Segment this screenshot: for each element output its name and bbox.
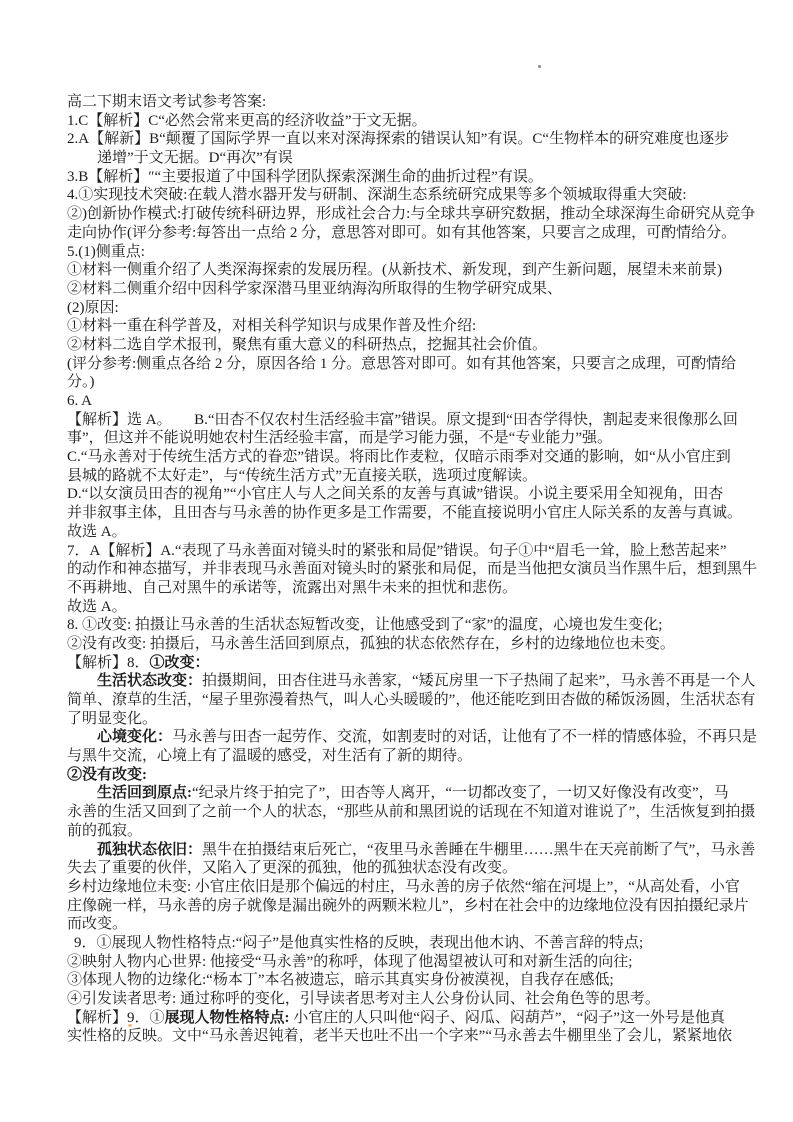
body-text: ②没有改变: 拍摄后，马永善生活回到原点，孤独的状态依然存在，乡村的边缘地位也未… [67, 636, 675, 652]
body-text: ②材料二侧重介绍中因科学家深潜马里亚纳海沟所取得的生物学研究成果、 [67, 281, 562, 297]
text-line: 生活回到原点:“纪录片终于拍完了”，田杏等人离开，“一切都改变了，一切又好像没有… [67, 784, 737, 803]
text-line: 生活状态改变：拍摄期间，田杏住进马永善家，“矮瓦房里一下子热闹了起来”，马永善不… [67, 672, 737, 691]
body-text: 5.(1)侧重点: [67, 244, 145, 260]
text-line: 庄像碗一样，马永善的房子就像是漏出碗外的两颗米粒儿”，乡村在社会中的边缘地位没有… [67, 897, 737, 916]
text-line: 的动作和神态描写，并非表现马永善面对镜头时的紧张和局促，而是当他把女演员当作黑牛… [67, 560, 737, 579]
body-text: ④引发读者思考: 通过称呼的变化，引导读者思考对主人公身份认同、社会角色等的思考… [67, 991, 660, 1007]
body-text: ①材料一重在科学普及，对相关科学知识与成果作普及性介绍: [67, 318, 476, 334]
document-page: 高二下期末语文考试参考答案:1.C【解析】C“必然会常来更高的经济收益”于文无据… [0, 0, 793, 1122]
text-line: 3.B【解析】″“主要报道了中国科学团队探索深渊生命的曲折过程”有误。 [67, 168, 737, 187]
body-text: (2)原因: [67, 300, 119, 316]
text-line: 前的孤寂。 [67, 822, 737, 841]
document-body: 高二下期末语文考试参考答案:1.C【解析】C“必然会常来更高的经济收益”于文无据… [67, 93, 737, 1046]
body-text: 2.A【解新】B“颠覆了国际学界一直以来对深海探索的错误认知”有误。C“生物样本… [67, 131, 729, 147]
text-line: 永善的生活又回到了之前一个人的状态，“那些从前和黑团说的话现在不知道对谁说了”，… [67, 803, 737, 822]
body-text: 不再耕地、自己对黑牛的承诺等，流露出对黑牛未来的担忧和悲伤。 [67, 580, 517, 596]
text-line: ①材料一重在科学普及，对相关科学知识与成果作普及性介绍: [67, 317, 737, 336]
body-text: 简单、潦草的生活，“屋子里弥漫着热气，叫人心头暖暖的”，他还能吃到田杏做的稀饭汤… [67, 692, 755, 708]
text-line: ②材料二侧重介绍中因科学家深潜马里亚纳海沟所取得的生物学研究成果、 [67, 280, 737, 299]
body-text: 永善的生活又回到了之前一个人的状态，“那些从前和黑团说的话现在不知道对谁说了”，… [67, 804, 755, 820]
body-text: (评分参考:侧重点各给 2 分，原因各给 1 分。意思答对即可。如有其他答案，只… [67, 356, 736, 372]
body-text: 9．①展现人物性格特点:“闷子”是他真实性格的反映，表现出他木讷、不善言辞的特点… [74, 935, 643, 951]
scan-artifact-dot-top [538, 65, 541, 68]
body-text: 4.①实现技术突破:在载人潜水器开发与研制、深湖生态系统研究成果等多个领城取得重… [67, 187, 687, 203]
text-line: 4.①实现技术突破:在载人潜水器开发与研制、深湖生态系统研究成果等多个领城取得重… [67, 186, 737, 205]
body-text: 走向协作(评分参考:每答出一点给 2 分，意思答对即可。如有其他答案，只要言之成… [67, 225, 736, 241]
text-line: 分。) [67, 373, 737, 392]
body-text: 黑牛在拍摄结束后死亡，“夜里马永善睡在牛棚里……黑牛在天亮前断了气”，马永善 [202, 842, 755, 858]
text-line: 乡村边缘地位未变: 小官庄依旧是那个偏远的村庄，马永善的房子依然“缩在河堤上”，… [67, 878, 737, 897]
text-line: 7．A【解析】A.“表现了马永善面对镜头时的紧张和局促”错误。句子①中“眉毛一耸… [67, 542, 737, 561]
text-line: 故选 A。 [67, 523, 737, 542]
body-text: 【解析】8． [67, 655, 150, 671]
body-text: 实性格的反映。文中“马永善迟钝着，老半天也吐不出一个字来”“马永善去牛棚里坐了会… [67, 1028, 732, 1044]
text-line: 2.A【解新】B“颠覆了国际学界一直以来对深海探索的错误认知”有误。C“生物样本… [67, 130, 737, 149]
text-line: ②没有改变: [67, 766, 737, 785]
body-text: 并非叙事主体，且田杏与马永善的协作更多是工作需要，不能直接说明小官庄人际关系的友… [67, 505, 742, 521]
text-line: C.“马永善对于传统生活方式的眷恋”错误。将雨比作麦粒，仅暗示雨季对交通的影响，… [67, 448, 737, 467]
text-line: (2)原因: [67, 299, 737, 318]
text-line: 【解析】选 A。 B.“田杏不仅农村生活经验丰富”错误。原文提到“田杏学得快，割… [67, 411, 737, 430]
text-line: 5.(1)侧重点: [67, 243, 737, 262]
text-line: ②)创新协作模式:打破传统科研边界，形成社会合力:与全球共享研究数据，推动全球深… [67, 205, 737, 224]
text-line: ①材料一侧重介绍了人类深海探索的发展历程。(从新技术、新发现，到产生新问题，展望… [67, 261, 737, 280]
body-text: ①材料一侧重介绍了人类深海探索的发展历程。(从新技术、新发现，到产生新问题，展望… [67, 262, 722, 278]
emphasis-text: ①改变： [150, 655, 210, 671]
emphasis-text: 孤独状态依旧： [97, 842, 202, 858]
text-line: 并非叙事主体，且田杏与马永善的协作更多是工作需要，不能直接说明小官庄人际关系的友… [67, 504, 737, 523]
text-line: 县城的路就不太好走”，与“传统生活方式”无直接关联，选项过度解读。 [67, 467, 737, 486]
text-line: 9．①展现人物性格特点:“闷子”是他真实性格的反映，表现出他木讷、不善言辞的特点… [67, 934, 737, 953]
text-line: 8. ①改变: 拍摄让马永善的生活状态短暂改变，让他感受到了“家”的温度，心境也… [67, 616, 737, 635]
text-line: ②材料二选自学术报刊，聚焦有重大意义的科研热点，挖掘其社会价值。 [67, 336, 737, 355]
body-text: 乡村边缘地位未变: 小官庄依旧是那个偏远的村庄，马永善的房子依然“缩在河堤上”，… [67, 879, 740, 895]
body-text: ③体现人物的边缘化:“杨本丁”本名被遗忘，暗示其真实身份被漠视，自我存在感低; [67, 972, 614, 988]
text-line: 1.C【解析】C“必然会常来更高的经济收益”于文无据。 [67, 112, 737, 131]
body-text: 县城的路就不太好走”，与“传统生活方式”无直接关联，选项过度解读。 [67, 468, 537, 484]
text-line: ②没有改变: 拍摄后，马永善生活回到原点，孤独的状态依然存在，乡村的边缘地位也未… [67, 635, 737, 654]
body-text: 马永善与田杏一起劳作、交流，如割麦时的对话，让他有了不一样的情感体验，不再只是 [172, 729, 757, 745]
emphasis-text: 生活回到原点: [97, 785, 192, 801]
text-line: 高二下期末语文考试参考答案: [67, 93, 737, 112]
body-text: 3.B【解析】″“主要报道了中国科学团队探索深渊生命的曲折过程”有误。 [67, 169, 543, 185]
body-text: 拍摄期间，田杏住进马永善家，“矮瓦房里一下子热闹了起来”，马永善不再是一个人 [202, 673, 755, 689]
body-text: 而改变。 [67, 916, 127, 932]
body-text: ②映射人物内心世界: 他接受“马永善”的称呼，体现了他渴望被认可和对新生活的向往… [67, 954, 632, 970]
body-text: 故选 A。 [67, 599, 127, 615]
body-text: 失去了重要的伙伴，又陷入了更深的孤独，他的孤独状态没有改变。 [67, 860, 517, 876]
body-text: 6. A [67, 393, 92, 409]
text-line: 简单、潦草的生活，“屋子里弥漫着热气，叫人心头暖暖的”，他还能吃到田杏做的稀饭汤… [67, 691, 737, 710]
text-line: ②映射人物内心世界: 他接受“马永善”的称呼，体现了他渴望被认可和对新生活的向往… [67, 953, 737, 972]
body-text: 【解析】选 A。 B.“田杏不仅农村生活经验丰富”错误。原文提到“田杏学得快，割… [67, 412, 738, 428]
body-text: 了明显变化。 [67, 711, 157, 727]
text-line: 而改变。 [67, 915, 737, 934]
scan-artifact-dot-bottom [128, 1024, 132, 1027]
text-line: 实性格的反映。文中“马永善迟钝着，老半天也吐不出一个字来”“马永善去牛棚里坐了会… [67, 1027, 737, 1046]
emphasis-text: ②没有改变: [67, 767, 147, 783]
text-line: 与黑牛交流，心境上有了温暖的感受，对生活有了新的期待。 [67, 747, 737, 766]
body-text: ②材料二选自学术报刊，聚焦有重大意义的科研热点，挖掘其社会价值。 [67, 337, 547, 353]
text-line: 失去了重要的伙伴，又陷入了更深的孤独，他的孤独状态没有改变。 [67, 859, 737, 878]
body-text: “纪录片终于拍完了”，田杏等人离开，“一切都改变了，一切又好像没有改变”，马 [192, 785, 729, 801]
body-text: 的动作和神态描写，并非表现马永善面对镜头时的紧张和局促，而是当他把女演员当作黑牛… [67, 561, 757, 577]
text-line: 递增”于文无据。D“再次”有误 [67, 149, 737, 168]
body-text: 与黑牛交流，心境上有了温暖的感受，对生活有了新的期待。 [67, 748, 472, 764]
text-line: 事”，但这并不能说明她农村生活经验丰富，而是学习能力强，不是“专业能力”强。 [67, 429, 737, 448]
body-text: 递增”于文无据。D“再次”有误 [97, 150, 293, 166]
text-line: 孤独状态依旧：黑牛在拍摄结束后死亡，“夜里马永善睡在牛棚里……黑牛在天亮前断了气… [67, 841, 737, 860]
emphasis-text: 展现人物性格特点: [165, 1010, 290, 1026]
text-line: ③体现人物的边缘化:“杨本丁”本名被遗忘，暗示其真实身份被漠视，自我存在感低; [67, 971, 737, 990]
text-line: 【解析】8．①改变： [67, 654, 737, 673]
text-line: 故选 A。 [67, 598, 737, 617]
body-text: 【解析】9．① [67, 1010, 165, 1026]
text-line: 6. A [67, 392, 737, 411]
body-text: 8. ①改变: 拍摄让马永善的生活状态短暂改变，让他感受到了“家”的温度，心境也… [67, 617, 662, 633]
body-text: 前的孤寂。 [67, 823, 142, 839]
emphasis-text: 生活状态改变： [97, 673, 202, 689]
text-line: (评分参考:侧重点各给 2 分，原因各给 1 分。意思答对即可。如有其他答案，只… [67, 355, 737, 374]
text-line: D.“以女演员田杏的视角”“小官庄人与人之间关系的友善与真诚”错误。小说主要采用… [67, 485, 737, 504]
body-text: 庄像碗一样，马永善的房子就像是漏出碗外的两颗米粒儿”，乡村在社会中的边缘地位没有… [67, 898, 749, 914]
body-text: 小官庄的人只叫他“闷子、闷瓜、闷葫芦”，“闷子”这一外号是他真 [290, 1010, 725, 1026]
body-text: 故选 A。 [67, 524, 127, 540]
body-text: 1.C【解析】C“必然会常来更高的经济收益”于文无据。 [67, 113, 427, 129]
text-line: ④引发读者思考: 通过称呼的变化，引导读者思考对主人公身份认同、社会角色等的思考… [67, 990, 737, 1009]
body-text: 事”，但这并不能说明她农村生活经验丰富，而是学习能力强，不是“专业能力”强。 [67, 430, 612, 446]
body-text: 高二下期末语文考试参考答案: [67, 94, 266, 110]
emphasis-text: 心境变化： [97, 729, 172, 745]
text-line: 了明显变化。 [67, 710, 737, 729]
text-line: 不再耕地、自己对黑牛的承诺等，流露出对黑牛未来的担忧和悲伤。 [67, 579, 737, 598]
body-text: 7．A【解析】A.“表现了马永善面对镜头时的紧张和局促”错误。句子①中“眉毛一耸… [67, 543, 727, 559]
body-text: C.“马永善对于传统生活方式的眷恋”错误。将雨比作麦粒，仅暗示雨季对交通的影响，… [67, 449, 731, 465]
body-text: ②)创新协作模式:打破传统科研边界，形成社会合力:与全球共享研究数据，推动全球深… [67, 206, 755, 222]
text-line: 走向协作(评分参考:每答出一点给 2 分，意思答对即可。如有其他答案，只要言之成… [67, 224, 737, 243]
text-line: 【解析】9．①展现人物性格特点: 小官庄的人只叫他“闷子、闷瓜、闷葫芦”，“闷子… [67, 1009, 737, 1028]
body-text: D.“以女演员田杏的视角”“小官庄人与人之间关系的友善与真诚”错误。小说主要采用… [67, 486, 723, 502]
body-text: 分。) [67, 374, 95, 390]
text-line: 心境变化：马永善与田杏一起劳作、交流，如割麦时的对话，让他有了不一样的情感体验，… [67, 728, 737, 747]
